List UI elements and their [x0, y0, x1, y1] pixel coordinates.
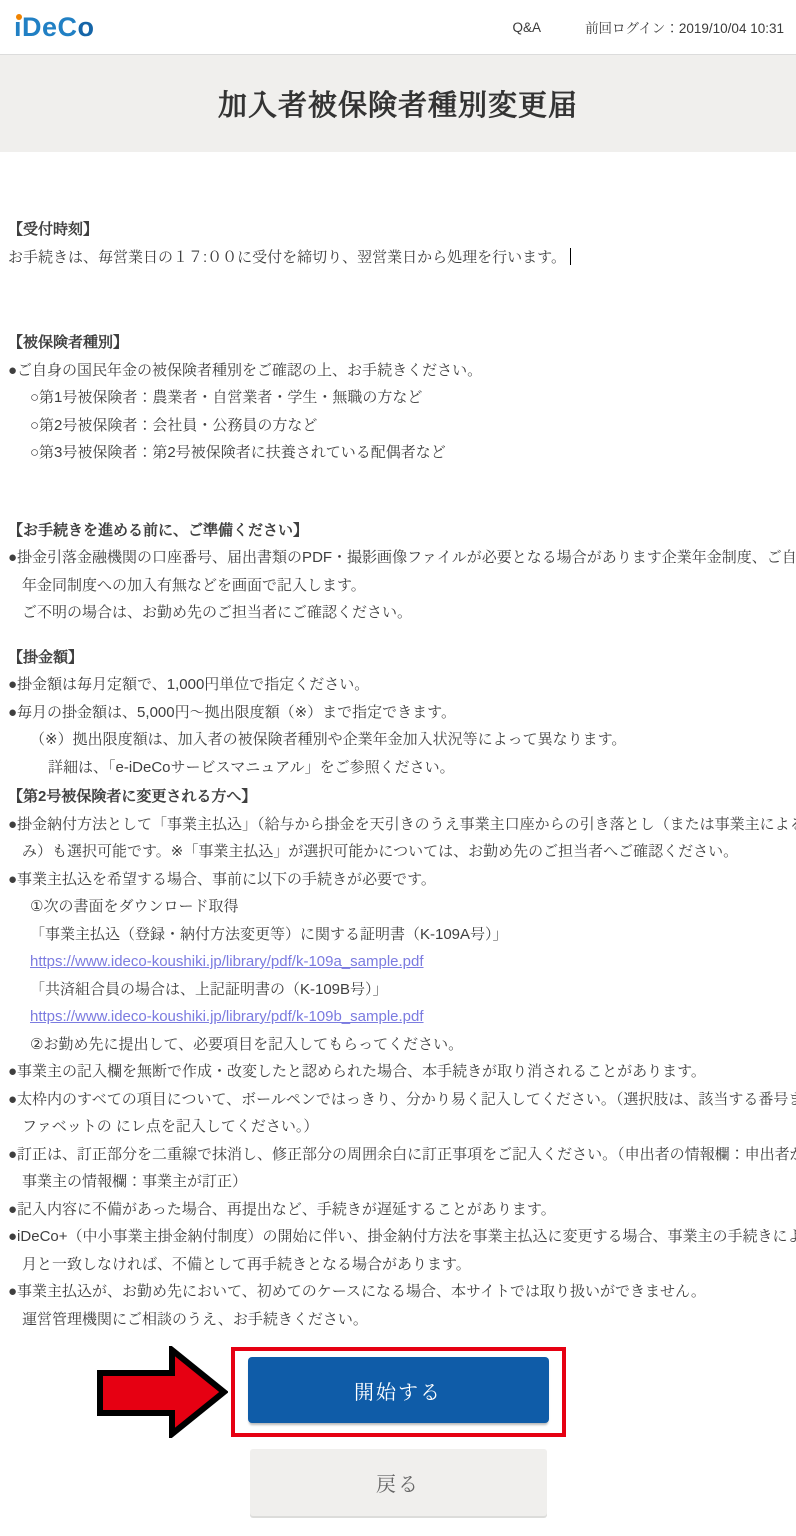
content-line: 「事業主払込（登録・納付方法変更等）に関する証明書（K-109A号）」 — [8, 921, 788, 949]
section-heading: 【掛金額】 — [8, 644, 788, 672]
main-content: 【受付時刻】お手続きは、毎営業日の１７:００に受付を締切り、翌営業日から処理を行… — [0, 216, 796, 1516]
content-line: ○第2号被保険者：会社員・公務員の方など — [8, 412, 788, 440]
back-button[interactable]: 戻る — [250, 1449, 547, 1516]
content-line: ●記入内容に不備があった場合、再提出など、手続きが遅延することがあります。 — [8, 1196, 788, 1224]
content-line: ●事業主の記入欄を無断で作成・改変したと認められた場合、本手続きが取り消されるこ… — [8, 1058, 788, 1086]
section-5: 【第2号被保険者に変更される方へ】●掛金納付方法として「事業主払込」（給与から掛… — [8, 783, 788, 1333]
content-line: ●訂正は、訂正部分を二重線で抹消し、修正部分の周囲余白に訂正事項をご記入ください… — [8, 1141, 788, 1169]
content-line: ●掛金額は毎月定額で、1,000円単位で指定ください。 — [8, 671, 788, 699]
document-link[interactable]: https://www.ideco-koushiki.jp/library/pd… — [30, 1008, 424, 1025]
content-line: ●iDeCo+（中小事業主掛金納付制度）の開始に伴い、掛金納付方法を事業主払込に… — [8, 1223, 788, 1251]
content-line: ご不明の場合は、お勤め先のご担当者にご確認ください。 — [8, 599, 788, 627]
logo-orange-dot-icon — [16, 14, 22, 20]
title-band: 加入者被保険者種別変更届 — [0, 55, 796, 152]
logo-o-icon: o — [78, 12, 95, 42]
content-line: み）も選択可能です。※「事業主払込」が選択可能かについては、お勤め先のご担当者へ… — [8, 838, 788, 866]
content-line: ●事業主払込が、お勤め先において、初めてのケースになる場合、本サイトでは取り扱い… — [8, 1278, 788, 1306]
section-heading: 【受付時刻】 — [8, 216, 788, 244]
document-link[interactable]: https://www.ideco-koushiki.jp/library/pd… — [30, 953, 424, 970]
text-caret — [570, 248, 571, 265]
content-line: 事業主の情報欄：事業主が訂正） — [8, 1168, 788, 1196]
logo-text: ıDeC — [14, 12, 78, 42]
content-line: ●毎月の掛金額は、5,000円～拠出限度額（※）まで指定できます。 — [8, 699, 788, 727]
content-line: 詳細は、「e-iDeCoサービスマニュアル」をご参照ください。 — [8, 754, 788, 782]
content-line: 年金同制度への加入有無などを画面で記入します。 — [8, 572, 788, 600]
content-line: https://www.ideco-koushiki.jp/library/pd… — [8, 1003, 788, 1031]
content-line: ①次の書面をダウンロード取得 — [8, 893, 788, 921]
section-heading: 【第2号被保険者に変更される方へ】 — [8, 783, 788, 811]
top-header: ıDeCo Q&A 前回ログイン：2019/10/04 10:31 — [0, 0, 796, 55]
content-line: ファベットの にレ点を記入してください。） — [8, 1113, 788, 1141]
section-heading: 【お手続きを進める前に、ご準備ください】 — [8, 517, 788, 545]
section-3: 【お手続きを進める前に、ご準備ください】●掛金引落金融機関の口座番号、届出書類の… — [8, 517, 788, 627]
section-2: 【被保険者種別】●ご自身の国民年金の被保険者種別をご確認の上、お手続きください。… — [8, 329, 788, 467]
page-title: 加入者被保険者種別変更届 — [218, 83, 578, 124]
content-line: ●事業主払込を希望する場合、事前に以下の手続きが必要です。 — [8, 866, 788, 894]
content-line: 「共済組合員の場合は、上記証明書の（K-109B号）」 — [8, 976, 788, 1004]
ideco-logo[interactable]: ıDeCo — [14, 14, 95, 41]
content-line: ○第1号被保険者：農業者・自営業者・学生・無職の方など — [8, 384, 788, 412]
content-line: https://www.ideco-koushiki.jp/library/pd… — [8, 948, 788, 976]
highlight-arrow-icon — [96, 1346, 228, 1438]
content-line: ●掛金納付方法として「事業主払込」（給与から掛金を天引きのうえ事業主口座からの引… — [8, 811, 788, 839]
actions-area: 開始する 戻る — [8, 1347, 788, 1516]
content-line: ○第3号被保険者：第2号被保険者に扶養されている配偶者など — [8, 439, 788, 467]
last-login-text: 前回ログイン：2019/10/04 10:31 — [585, 17, 784, 37]
section-heading: 【被保険者種別】 — [8, 329, 788, 357]
section-4: 【掛金額】●掛金額は毎月定額で、1,000円単位で指定ください。●毎月の掛金額は… — [8, 644, 788, 782]
section-1: 【受付時刻】お手続きは、毎営業日の１７:００に受付を締切り、翌営業日から処理を行… — [8, 216, 788, 271]
content-line: （※）拠出限度額は、加入者の被保険者種別や企業年金加入状況等によって異なります。 — [8, 726, 788, 754]
content-line: 月と一致しなければ、不備として再手続きとなる場合があります。 — [8, 1251, 788, 1279]
content-line: ●ご自身の国民年金の被保険者種別をご確認の上、お手続きください。 — [8, 357, 788, 385]
header-right: Q&A 前回ログイン：2019/10/04 10:31 — [513, 17, 786, 37]
content-line: お手続きは、毎営業日の１７:００に受付を締切り、翌営業日から処理を行います。 — [8, 244, 788, 272]
start-button[interactable]: 開始する — [248, 1357, 549, 1423]
content-line: ●太枠内のすべての項目について、ボールペンではっきり、分かり易く記入してください… — [8, 1086, 788, 1114]
content-line: 運営管理機関にご相談のうえ、お手続きください。 — [8, 1306, 788, 1334]
sections-container: 【受付時刻】お手続きは、毎営業日の１７:００に受付を締切り、翌営業日から処理を行… — [8, 216, 788, 1333]
content-line: ●掛金引落金融機関の口座番号、届出書類のPDF・撮影画像ファイルが必要となる場合… — [8, 544, 788, 572]
highlight-box: 開始する — [231, 1347, 566, 1437]
qa-link[interactable]: Q&A — [513, 20, 542, 35]
content-line: ②お勤め先に提出して、必要項目を記入してもらってください。 — [8, 1031, 788, 1059]
